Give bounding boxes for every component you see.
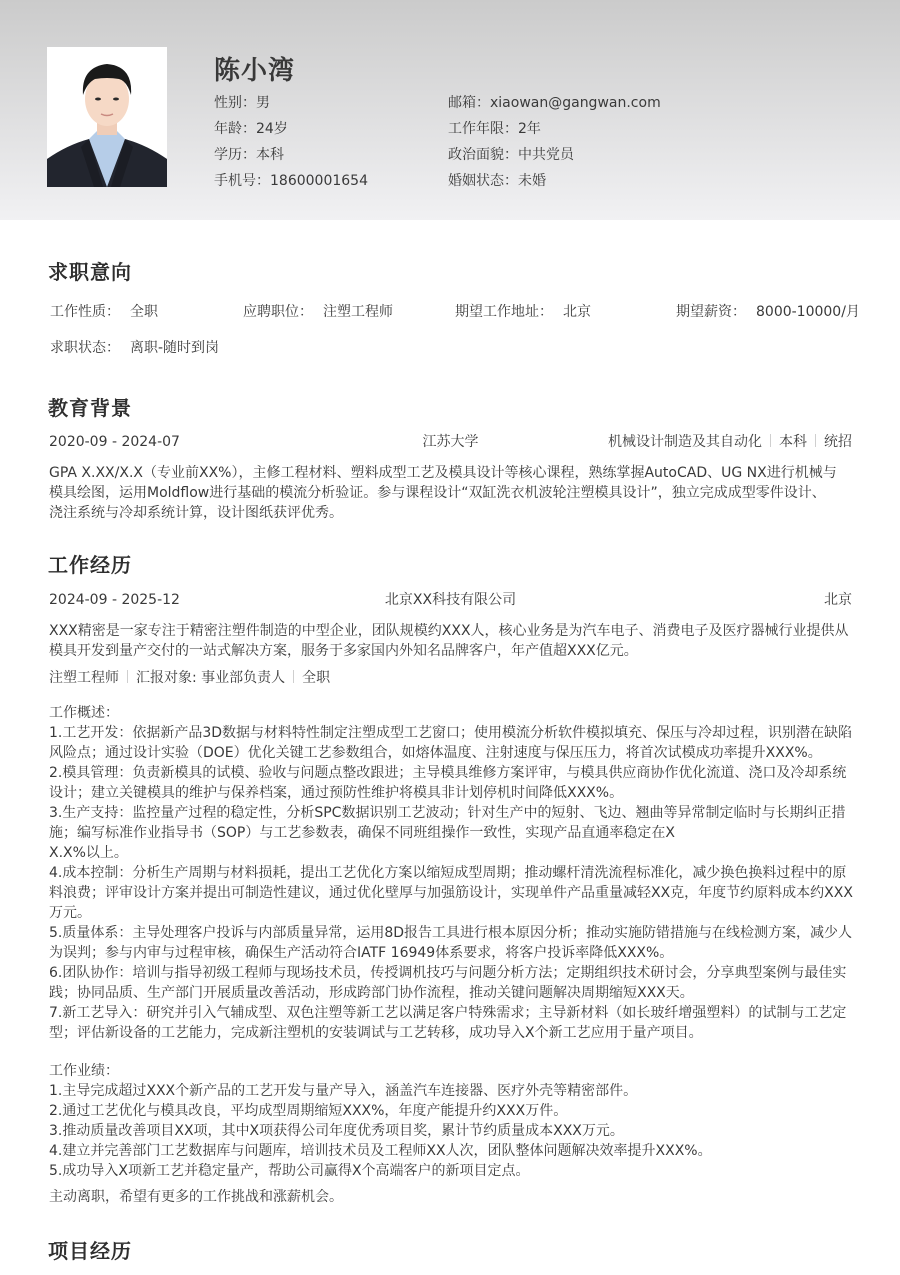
section-title-projects: 项目经历	[48, 1235, 132, 1264]
info-marital-status: 婚姻状态：未婚	[448, 170, 661, 196]
work-role: 注塑工程师	[49, 670, 119, 686]
info-political-status: 政治面貌：中共党员	[448, 144, 661, 170]
education-major: 机械设计制造及其自动化	[608, 434, 762, 450]
intent-position: 应聘职位：注塑工程师	[243, 301, 393, 321]
work-company: 北京XX科技有限公司	[49, 589, 852, 611]
divider	[815, 434, 816, 447]
work-role-row: 注塑工程师汇报对象: 事业部负责人全职	[49, 667, 852, 689]
info-age: 年龄：24岁	[214, 118, 368, 144]
divider	[127, 670, 128, 683]
profile-photo	[47, 47, 167, 187]
intent-salary: 期望薪资：8000-10000/月	[676, 301, 860, 321]
basic-info-left: 性别：男 年龄：24岁 学历：本科 手机号：18600001654	[214, 92, 368, 196]
info-work-years: 工作年限：2年	[448, 118, 661, 144]
section-title-job-intent: 求职意向	[48, 256, 132, 285]
candidate-name: 陈小湾	[214, 50, 295, 87]
intent-status: 求职状态：离职-随时到岗	[50, 337, 219, 357]
company-intro: XXX精密是一家专注于精密注塑件制造的中型企业，团队规模约XXX人，核心业务是为…	[49, 621, 853, 661]
leave-reason: 主动离职，希望有更多的工作挑战和涨薪机会。	[49, 1187, 853, 1207]
education-degree: 本科	[779, 434, 807, 450]
info-gender: 性别：男	[214, 92, 368, 118]
section-title-work-experience: 工作经历	[48, 549, 132, 578]
work-achievements: 工作业绩： 1.主导完成超过XXX个新产品的工艺开发与量产导入，涵盖汽车连接器、…	[49, 1061, 853, 1181]
work-overview: 工作概述： 1.工艺开发：依据新产品3D数据与材料特性制定注塑成型工艺窗口；使用…	[49, 703, 853, 1043]
work-header-row: 2024-09 - 2025-12 北京XX科技有限公司 北京	[49, 589, 852, 611]
intent-work-type: 工作性质：全职	[50, 301, 158, 321]
portrait-image	[47, 47, 167, 187]
education-description: GPA X.XX/X.X（专业前XX%），主修工程材料、塑料成型工艺及模具设计等…	[49, 463, 853, 523]
education-header-row: 2020-09 - 2024-07 江苏大学 机械设计制造及其自动化本科统招	[49, 431, 852, 453]
work-city: 北京	[824, 589, 852, 611]
intent-location: 期望工作地址：北京	[455, 301, 591, 321]
divider	[293, 670, 294, 683]
info-education: 学历：本科	[214, 144, 368, 170]
basic-info-right: 邮箱：xiaowan@gangwan.com 工作年限：2年 政治面貌：中共党员…	[448, 92, 661, 196]
info-phone: 手机号：18600001654	[214, 170, 368, 196]
info-email: 邮箱：xiaowan@gangwan.com	[448, 92, 661, 118]
divider	[770, 434, 771, 447]
work-employment-type: 全职	[302, 670, 330, 686]
section-title-education: 教育背景	[48, 392, 132, 421]
work-report-to: 汇报对象: 事业部负责人	[136, 670, 285, 686]
work-overview-label: 工作概述：	[49, 703, 853, 723]
education-details: 机械设计制造及其自动化本科统招	[608, 431, 852, 453]
resume-header: 陈小湾 性别：男 年龄：24岁 学历：本科 手机号：18600001654 邮箱…	[0, 0, 900, 220]
work-achievements-label: 工作业绩：	[49, 1061, 853, 1081]
education-type: 统招	[824, 434, 852, 450]
